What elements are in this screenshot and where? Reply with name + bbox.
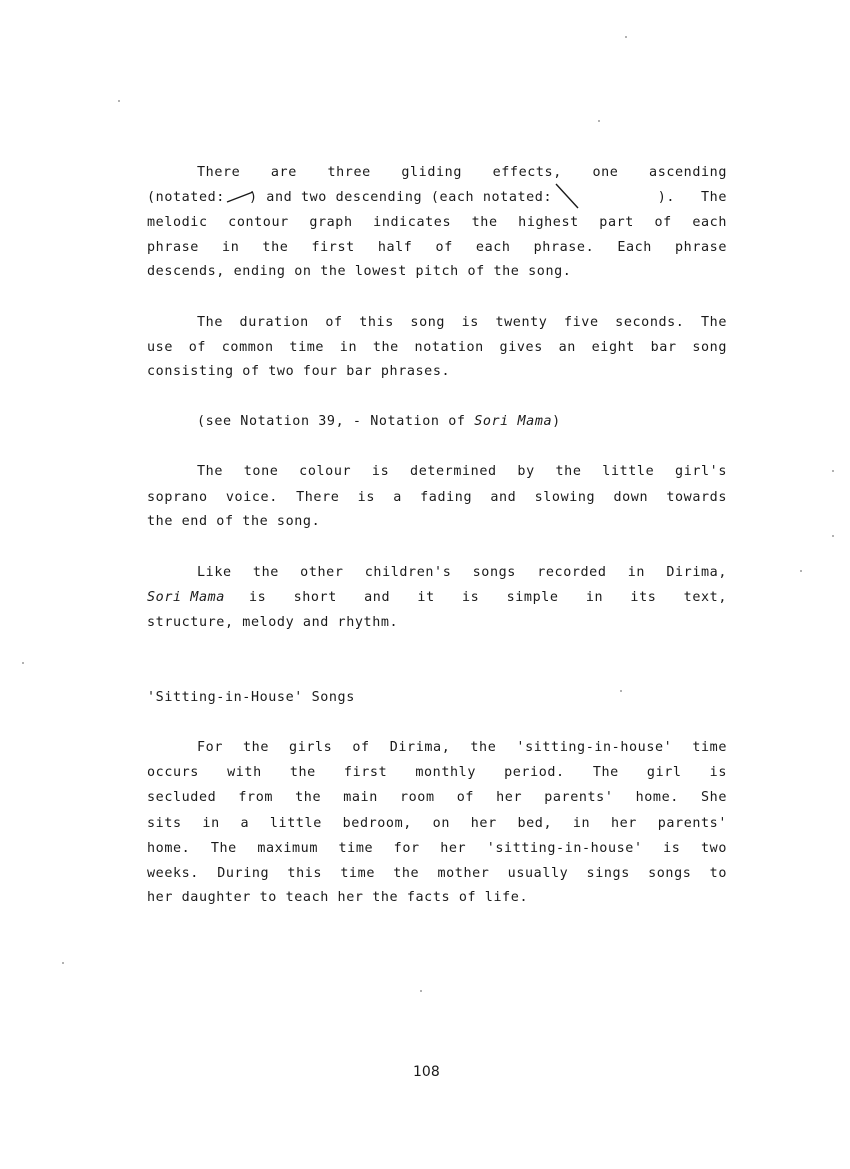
- paragraph-sitting-line-5: home. The maximum time for her 'sitting-…: [147, 841, 727, 857]
- paragraph-sitting-line-2: occurs with the first monthly period. Th…: [147, 765, 727, 781]
- paragraph-duration-line-1: The duration of this song is twenty five…: [197, 315, 727, 331]
- paragraph-duration-line-3: consisting of two four bar phrases.: [147, 364, 727, 380]
- paragraph-tone-line-1: The tone colour is determined by the lit…: [197, 464, 727, 480]
- text-segment: is short and it is simple in its text,: [249, 590, 727, 606]
- paragraph-children-line-3: structure, melody and rhythm.: [147, 615, 727, 631]
- scan-speck: [22, 662, 24, 664]
- paragraph-gliding-line-1: There are three gliding effects, one asc…: [197, 165, 727, 181]
- text-descending-segment: ) and two descending (each notated:: [249, 190, 552, 205]
- paragraph-children-line-2: Sori Mamais short and it is simple in it…: [147, 590, 727, 606]
- notation-reference: (see Notation 39, - Notation of Sori Mam…: [197, 414, 777, 430]
- page-number: 108: [413, 1064, 440, 1080]
- paragraph-tone-line-3: the end of the song.: [147, 514, 727, 530]
- reference-prefix: (see Notation 39, - Notation of: [197, 414, 474, 429]
- descending-glide-icon: [552, 190, 576, 204]
- paragraph-gliding-line-3: melodic contour graph indicates the high…: [147, 215, 727, 231]
- text-segment-end: ). The: [658, 190, 727, 206]
- song-title: Sori Mama: [474, 414, 552, 429]
- scan-speck: [62, 962, 64, 964]
- scan-speck: [598, 120, 600, 122]
- scan-speck: [832, 470, 834, 472]
- scan-speck: [620, 690, 622, 692]
- song-title: Sori Mama: [147, 590, 225, 606]
- paragraph-sitting-line-1: For the girls of Dirima, the 'sitting-in…: [197, 740, 727, 756]
- paragraph-gliding-line-2: (notated:) and two descending (each nota…: [147, 190, 727, 206]
- paragraph-duration-line-2: use of common time in the notation gives…: [147, 340, 727, 356]
- paragraph-sitting-line-4: sits in a little bedroom, on her bed, in…: [147, 816, 727, 832]
- document-page: There are three gliding effects, one asc…: [0, 0, 850, 1169]
- scan-speck: [832, 535, 834, 537]
- scan-speck: [118, 100, 120, 102]
- paragraph-gliding-line-5: descends, ending on the lowest pitch of …: [147, 264, 727, 280]
- section-heading: 'Sitting-in-House' Songs: [147, 690, 727, 706]
- paragraph-sitting-line-7: her daughter to teach her the facts of l…: [147, 890, 727, 906]
- text-notated-prefix: (notated:: [147, 190, 225, 205]
- paragraph-sitting-line-6: weeks. During this time the mother usual…: [147, 866, 727, 882]
- scan-speck: [420, 990, 422, 992]
- scan-speck: [800, 570, 802, 572]
- reference-suffix: ): [552, 414, 561, 429]
- scan-speck: [625, 36, 627, 38]
- ascending-glide-icon: [225, 190, 249, 204]
- text-segment: (notated:) and two descending (each nota…: [147, 190, 576, 206]
- paragraph-tone-line-2: soprano voice. There is a fading and slo…: [147, 490, 727, 506]
- paragraph-gliding-line-4: phrase in the first half of each phrase.…: [147, 240, 727, 256]
- paragraph-sitting-line-3: secluded from the main room of her paren…: [147, 790, 727, 806]
- paragraph-children-line-1: Like the other children's songs recorded…: [197, 565, 727, 581]
